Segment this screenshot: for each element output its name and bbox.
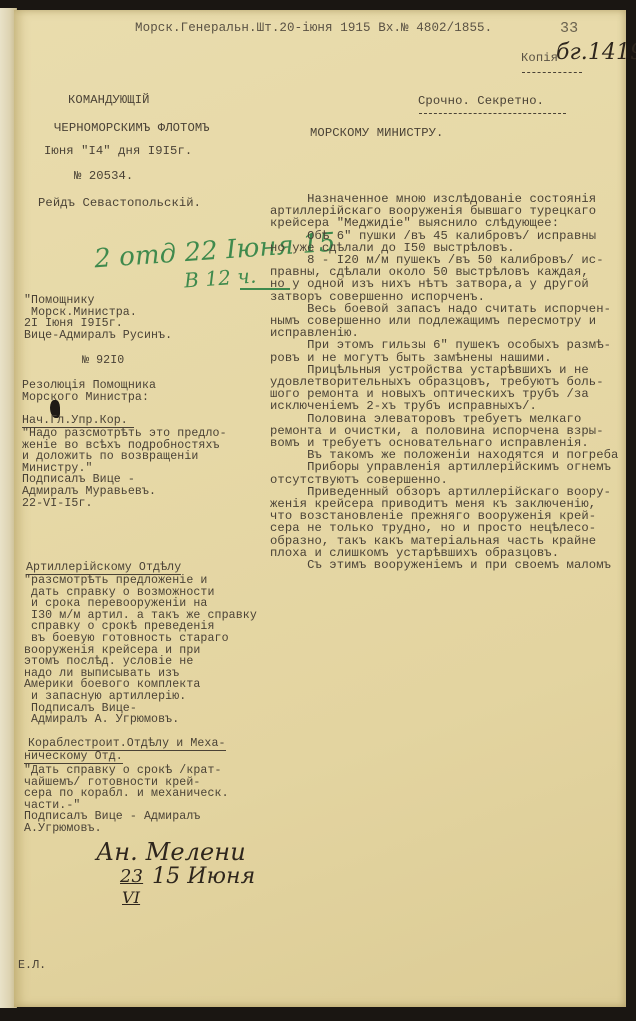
addressee: МОРСКОМУ МИНИСТРУ. [310,127,443,139]
paragraph: Обѣ 6" пушки /въ 45 калибровъ/ исправны … [270,230,618,254]
resolution-heading-line: Резолюцiя Помощника [22,380,156,392]
paragraph: 8 - I20 м/м пушекъ /въ 50 калибровъ/ ис-… [270,254,618,303]
body-line: затворъ совершенно испорченъ. [270,291,618,303]
typist-initials: Е.Л. [18,960,46,972]
document-page: Морск.Генеральн.Шт.20-iюня 1915 Вх.№ 480… [14,10,626,1007]
copy-handwritten-number: бг.1419 [556,40,636,65]
page-number: 33 [560,21,578,36]
urgency-mark: Срочно. Секретно. [418,95,544,107]
copy-label: Копія [521,52,558,64]
body-line: Обѣ 6" пушки /въ 45 калибровъ/ исправны [270,230,618,242]
resolution2-line: "разсмотрѣть предложенiе и [24,575,257,587]
resolution3-text: "Дать справку о срокѣ /крат- чайшемъ/ го… [24,765,229,835]
sender-title-line2: ЧЕРНОМОРСКИМЪ ФЛОТОМЪ [54,122,210,134]
paragraph: При этомъ гильзы 6" пушекъ особыхъ размѣ… [270,339,618,363]
resolution1-line: "Надо разсмотрѣть это предло- [22,428,227,440]
sender-title-line1: КОМАНДУЮЩIЙ [68,94,150,106]
body-line: сера не только трудно, но и просто нецѣл… [270,522,618,534]
paragraph: Назначенное мною изслѣдованiе состоянiя … [270,193,618,230]
signature-date-month: VI [122,888,140,907]
paragraph: Приборы управленiя артиллерiйскимъ огнем… [270,461,618,485]
body-line: крейсера "Меджидiе" выяснило слѣдующее: [270,217,618,229]
resolution2-line: въ боевую готовность стараго [24,633,257,645]
body-line: Съ этимъ вооруженiемъ и при своемъ малом… [270,559,618,571]
forwarding-line: "Помощнику [24,295,172,307]
resolution2-line: Адмиралъ А. Угрюмовъ. [24,714,257,726]
body-line: Приборы управленiя артиллерiйскимъ огнем… [270,461,618,473]
resolution-heading: Резолюцiя Помощника Морского Министра: [22,380,156,403]
registry-stamp-line: Морск.Генеральн.Шт.20-iюня 1915 Вх.№ 480… [135,22,492,35]
sender-date: Iюня "I4" дня I9I5г. [44,145,192,157]
urgency-underline [419,113,566,114]
resolution1-text: "Надо разсмотрѣть это предло- женiе во в… [22,428,227,509]
signature-date-tail: 15 Июня [152,864,255,889]
resolution1-line: Адмиралъ Муравьевъ. [22,486,227,498]
handwritten-signature: Ан. Мелени [96,838,246,866]
body-line: исключенiемъ 2-хъ трубъ исправныхъ/. [270,400,618,412]
sender-number: № 20534. [74,170,133,182]
paragraph: Приведенный обзоръ артиллерiйскаго воору… [270,486,618,559]
forwarding-number: № 92I0 [82,355,124,367]
resolution2-line: этомъ послѣд. условiе не [24,656,257,668]
resolution3-addressee-line2: ническому Отд. [24,751,123,764]
resolution-heading-line: Морского Министра: [22,392,156,404]
resolution2-line: и запасную артиллерiю. [24,691,257,703]
resolution3-line: А.Угрюмовъ. [24,823,229,835]
resolution1-addressee: Нач.Гл.Упр.Кор. [22,415,134,428]
resolution3-addressee-line1: Кораблестроит.Отдѣлу и Меха- [28,738,226,751]
signature-date-day: 23 [120,866,143,887]
body-line: При этомъ гильзы 6" пушекъ особыхъ размѣ… [270,339,618,351]
paragraph: Половина элеваторовъ требуетъ мелкаго ре… [270,413,618,450]
resolution3-line: "Дать справку о срокѣ /крат- [24,765,229,777]
resolution2-addressee: Артиллерiйскому Отдѣлу [26,562,181,575]
paragraph: Прицѣльныя устройства устарѣвшихъ и не у… [270,364,618,413]
forwarding-note: "Помощнику Морск.Министра. 2I Iюня I9I5г… [24,295,172,341]
sender-place: Рейдъ Севастопольскiй. [38,197,201,209]
forwarding-line: Вице-Адмиралъ Русинъ. [24,330,172,342]
paragraph: Весь боевой запасъ надо считать испорчен… [270,303,618,340]
copy-underline [522,72,582,73]
resolution2-text: "разсмотрѣть предложенiе и дать справку … [24,575,257,726]
paragraph: Съ этимъ вооруженiемъ и при своемъ малом… [270,559,618,571]
body-line: ровъ и не могутъ быть замѣнены нашими. [270,352,618,364]
body-line: но у одной изъ нихъ нѣтъ затвора,а у дру… [270,278,618,290]
resolution1-line: 22-VI-I5г. [22,498,227,510]
report-body: Назначенное мною изслѣдованiе состоянiя … [270,193,618,571]
